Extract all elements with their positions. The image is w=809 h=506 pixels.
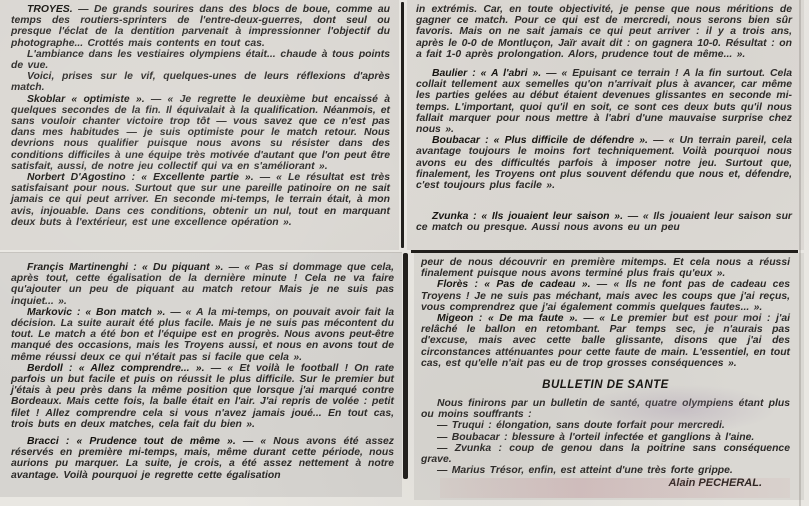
article-paragraph: Voici, prises sur le vif, quelques-unes … (11, 71, 390, 93)
article-paragraph: — Marius Trésor, enfin, est atteint d'un… (421, 465, 790, 476)
article-paragraph: — Zvunka : coup de genou dans la poitrin… (421, 443, 790, 465)
speaker-lead: Bracci : « Prudence tout de même ». (27, 436, 243, 447)
article-paragraph: peur de nous découvrir en première mitem… (421, 257, 790, 279)
article-paragraph: Nous finirons par un bulletin de santé, … (421, 398, 790, 420)
column-divider-rule (401, 2, 404, 248)
article-paragraph: Zvunka : « Ils jouaient leur saison ». —… (416, 211, 792, 233)
article-block-top-left: TROYES. — De grands sourires dans des bl… (0, 0, 399, 250)
article-paragraph: Boubacar : « Plus difficile de défendre … (416, 135, 792, 191)
article-paragraph: Florès : « Pas de cadeau ». — « Ils ne f… (421, 279, 790, 313)
clipping-right-edge (799, 0, 801, 506)
speaker-lead: Françis Martinenghi : « Du piquant ». (27, 262, 229, 273)
speaker-lead: Zvunka : « Ils jouaient leur saison ». (432, 211, 628, 222)
newspaper-clipping: TROYES. — De grands sourires dans des bl… (0, 0, 809, 506)
section-heading: BULLETIN DE SANTE (421, 379, 790, 391)
article-paragraph: — Truqui : élongation, sans doute forfai… (421, 420, 790, 431)
article-paragraph: Berdoll : « Allez comprendre... ». — « E… (11, 363, 394, 430)
article-paragraph: Françis Martinenghi : « Du piquant ». — … (11, 262, 394, 307)
speaker-lead: Florès : « Pas de cadeau ». (437, 279, 597, 290)
article-paragraph: Baulier : « A l'abri ». — « Epuisant ce … (416, 68, 792, 135)
article-paragraph: TROYES. — De grands sourires dans des bl… (11, 4, 390, 49)
speaker-lead: Boubacar : « Plus difficile de défendre … (432, 135, 653, 146)
article-paragraph: L'ambiance dans les vestiaires olympiens… (11, 49, 390, 71)
article-block-bottom-right: peur de nous découvrir en première mitem… (414, 253, 804, 500)
speaker-lead: Norbert D'Agostino : « Excellente partie… (27, 172, 260, 183)
bottom-right-box-left-border (403, 253, 408, 479)
speaker-lead: TROYES. (27, 4, 78, 15)
bottom-right-box-top-border (411, 250, 798, 253)
article-paragraph: Bracci : « Prudence tout de même ». — « … (11, 436, 394, 481)
article-paragraph: — Boubacar : blessure à l'orteil infecté… (421, 432, 790, 443)
article-paragraph: in extrémis. Car, en toute objectivité, … (416, 4, 792, 60)
article-paragraph: Norbert D'Agostino : « Excellente partie… (11, 172, 390, 228)
speaker-lead: Markovic : « Bon match ». (27, 307, 170, 318)
article-paragraph: Skoblar « optimiste ». — « Je regrette l… (11, 94, 390, 172)
speaker-lead: Baulier : « A l'abri ». (432, 68, 546, 79)
article-paragraph: Markovic : « Bon match ». — « A la mi-te… (11, 307, 394, 363)
speaker-lead: Skoblar « optimiste ». (27, 94, 151, 105)
article-paragraph: Migeon : « De ma faute ». — « Le premier… (421, 313, 790, 369)
author-signature: Alain PECHERAL. (421, 477, 762, 489)
speaker-lead: Migeon : « De ma faute ». (437, 313, 583, 324)
article-block-top-right: in extrémis. Car, en toute objectivité, … (407, 0, 804, 250)
speaker-lead: Berdoll : « Allez comprendre... ». (27, 363, 211, 374)
article-block-bottom-left: Françis Martinenghi : « Du piquant ». — … (0, 252, 402, 497)
